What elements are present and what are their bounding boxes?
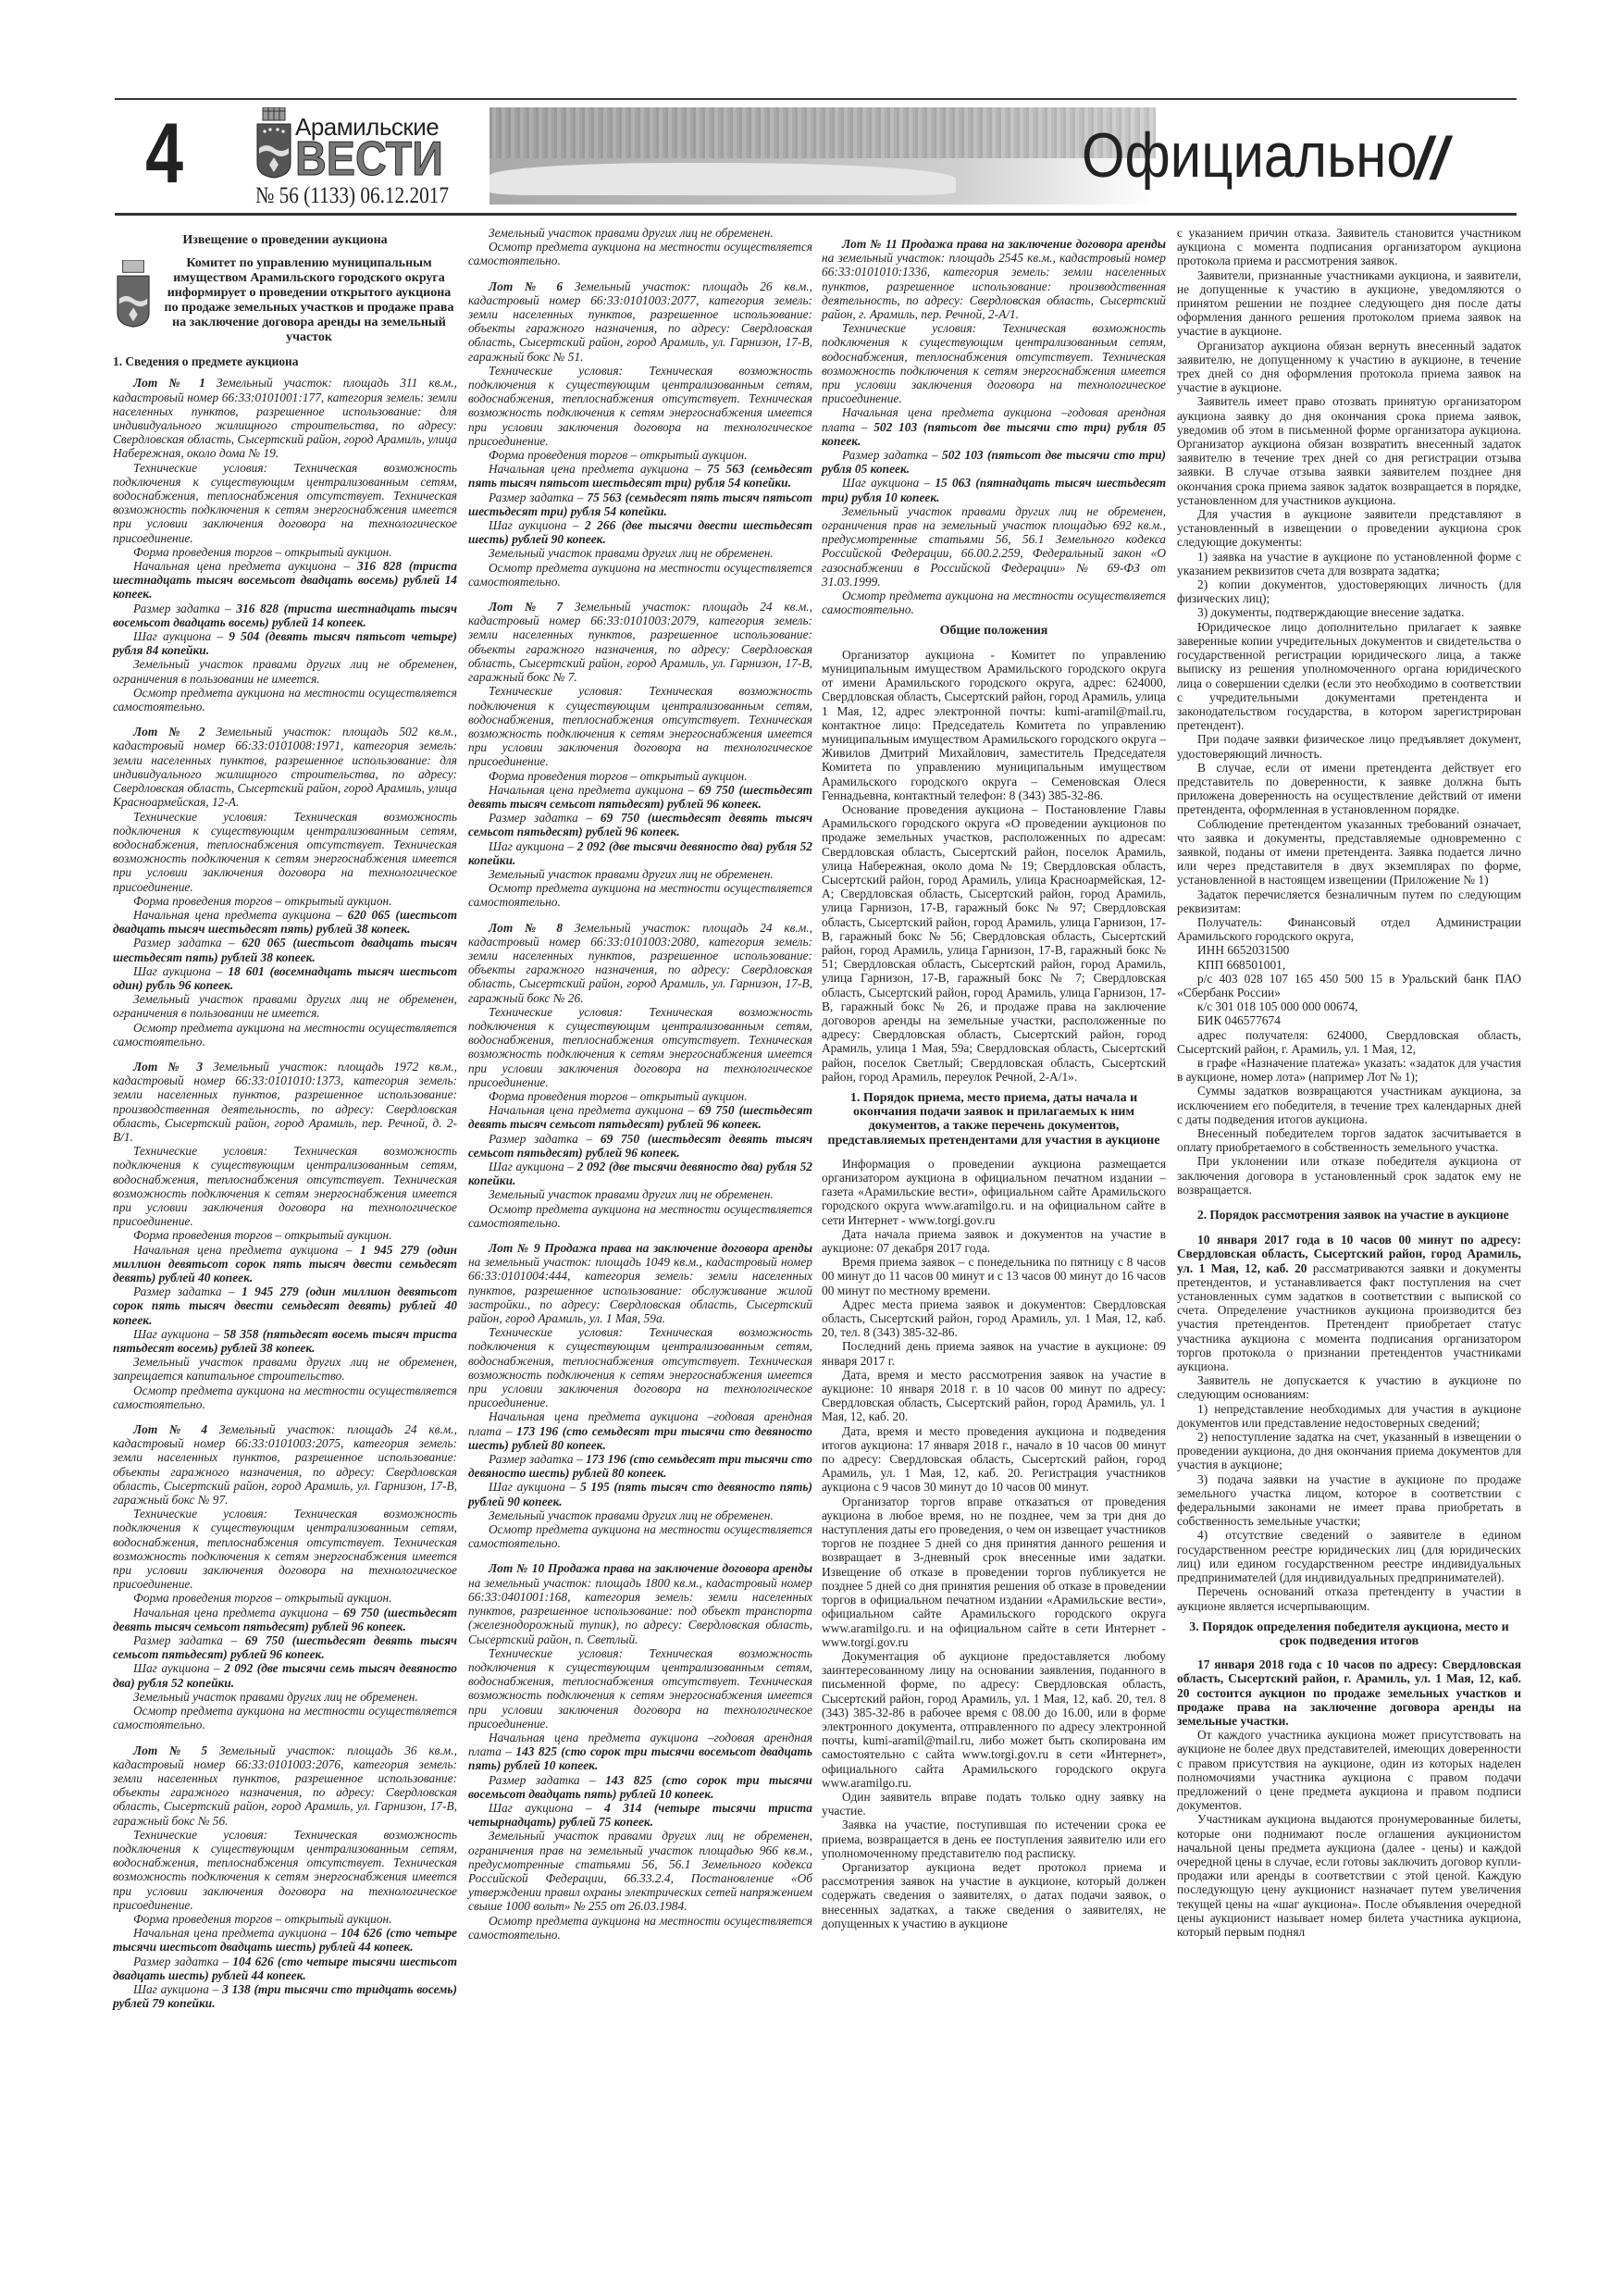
text-block: Осмотр предмета аукциона на местности ос… [113,686,457,714]
lot-6: Лот № 6 Земельный участок: площадь 26 кв… [468,279,812,589]
text-block: Технические условия: Техническая возможн… [468,1325,812,1409]
text-block: Размер задатка – [133,936,242,949]
text-block: Перечень оснований отказа претенденту в … [1177,1584,1521,1612]
text-block: В случае, если от имени претендента дейс… [1177,761,1521,817]
text-block: 1) непредставление необходимых для участ… [1177,1402,1521,1430]
text-block: Соблюдение претендентом указанных требов… [1177,817,1521,887]
general-provisions-heading: Общие положения [822,624,1166,638]
text-block: Шаг аукциона – [133,1982,222,1996]
text-block: Осмотр предмета аукциона на местности ос… [113,1384,457,1411]
text-block: Лот № 7 [489,600,563,614]
section-title: Официально [1082,118,1418,192]
text-block: Размер задатка – [842,448,942,462]
text-block: Форма проведения торгов – открытый аукци… [468,1089,812,1103]
text-block: Земельный участок правами других лиц не … [468,1829,812,1913]
text-block: Шаг аукциона – [842,476,935,490]
text-block: Заявитель имеет право отозвать принятую … [1177,394,1521,507]
text-block: Размер задатка – [133,1285,242,1298]
text-block: Задаток перечисляется безналичным путем … [1177,887,1521,915]
text-block: Технические условия: Техническая возможн… [822,321,1166,405]
lot-8: Лот № 8 Земельный участок: площадь 24 кв… [468,921,812,1230]
text-block: Технические условия: Техническая возможн… [113,1144,457,1228]
text-block: Форма проведения торгов – открытый аукци… [113,545,457,559]
text-block: Размер задатка – [133,602,236,615]
text-block: Шаг аукциона – [489,518,585,532]
text-block: Шаг аукциона – [489,1801,604,1815]
text-block: Форма проведения торгов – открытый аукци… [468,769,812,783]
text-block: Лот № 2 [133,725,205,738]
lot-9: Лот № 9 Продажа права на заключение дого… [468,1241,812,1550]
text-block: Осмотр предмета аукциона на местности ос… [468,1522,812,1550]
column-1: Извещение о проведении аукциона Комитет … [113,226,457,2010]
text-block: Размер задатка – [489,1452,586,1466]
text-block: Размер задатка – [133,1633,245,1647]
text-block: Шаг аукциона – [489,1160,577,1173]
text-block: Лот № 9 Продажа права на заключение дого… [489,1241,812,1255]
text-block: Начальная цена предмета аукциона – [133,1243,360,1257]
text-block: Земельный участок правами других лиц не … [113,657,457,685]
text-block: Шаг аукциона – [133,964,228,978]
masthead: 4 Арамильские ВЕСТИ № 56 (1133) 06.12.20… [115,98,1517,216]
text-block: Осмотр предмета аукциона на местности ос… [468,1914,812,1942]
text-block: на земельный участок: площадь 1800 кв.м.… [468,1576,812,1646]
text-block: Размер задатка – [489,490,587,504]
text-block: Дата, время и место проведения аукциона … [822,1424,1166,1495]
text-block: к/с 301 018 105 000 000 00674, [1177,999,1521,1013]
text-block: Организатор аукциона обязан вернуть внес… [1177,339,1521,395]
text-block: Начальная цена предмета аукциона – [133,1606,343,1620]
text-block: 3) подача заявки на участие в аукционе п… [1177,1472,1521,1529]
text-block: Лот № 3 [133,1060,203,1074]
text-block: Форма проведения торгов – открытый аукци… [113,1912,457,1926]
text-block: 4) отсутствие сведений о заявителе в еди… [1177,1528,1521,1584]
text-block: Технические условия: Техническая возможн… [113,1828,457,1912]
text-block: Технические условия: Техническая возможн… [468,1646,812,1731]
text-block: Форма проведения торгов – открытый аукци… [113,1228,457,1242]
text-block: Лот № 5 [133,1744,207,1757]
text-block: Осмотр предмета аукциона на местности ос… [468,240,812,267]
text-block: Форма проведения торгов – открытый аукци… [468,448,812,462]
text-block: Информация о проведении аукциона размеща… [822,1157,1166,1227]
lot-1: Лот № 1 Земельный участок: площадь 311 к… [113,376,457,714]
text-block: Для участия в аукционе заявители предста… [1177,507,1521,550]
lot-3: Лот № 3 Земельный участок: площадь 1972 … [113,1060,457,1411]
text-block: Размер задатка – [489,1773,605,1787]
text-block: Начальная цена предмета аукциона – [489,783,699,797]
text-block: Осмотр предмета аукциона на местности ос… [468,881,812,909]
text-block: Земельный участок правами других лиц не … [113,1690,457,1704]
text-block: р/с 403 028 107 165 450 500 15 в Уральск… [1177,972,1521,999]
text-block: 502 103 (пятьсот две тысячи сто три) руб… [822,420,1166,448]
text-block: Шаг аукциона – [133,1327,224,1341]
text-block: Организатор торгов вправе отказаться от … [822,1495,1166,1649]
text-block: 173 196 (сто семьдесят три тысячи сто де… [468,1424,812,1452]
text-block: Осмотр предмета аукциона на местности ос… [113,1704,457,1731]
text-block: Лот № 4 [133,1422,207,1436]
text-block: Шаг аукциона – [133,1661,224,1675]
text-block: Технические условия: Техническая возможн… [113,810,457,894]
text-block: Осмотр предмета аукциона на местности ос… [468,1202,812,1230]
text-block: Земельный участок правами других лиц не … [113,992,457,1020]
section-3-heading: 3. Порядок определения победителя аукцио… [1177,1620,1521,1648]
text-block: Размер задатка – [133,1955,232,1968]
text-block: Начальная цена предмета аукциона – [489,462,707,476]
text-block: Лот № 11 Продажа права на заключение дог… [842,237,1166,251]
text-block: Лот № 8 [489,921,563,935]
text-block: Организатор аукциона ведет протокол прие… [822,1860,1166,1930]
section-2-heading: 2. Порядок рассмотрения заявок на участи… [1177,1208,1521,1222]
text-block: Адрес места приема заявок и документов: … [822,1297,1166,1340]
column-4: с указанием причин отказа. Заявитель ста… [1177,226,1521,1939]
text-block: Получатель: Финансовый отдел Администрац… [1177,915,1521,943]
text-block: Участникам аукциона выдаются пронумерова… [1177,1812,1521,1939]
text-block: Форма проведения торгов – открытый аукци… [113,894,457,908]
text-block: Земельный участок правами других лиц не … [468,1508,812,1522]
text-block: Юридическое лицо дополнительно прилагает… [1177,620,1521,733]
text-block: на земельный участок: площадь 1049 кв.м.… [468,1255,812,1325]
text-block: Технические условия: Техническая возможн… [113,1507,457,1591]
organizer-paragraph: Организатор аукциона - Комитет по управл… [822,648,1166,802]
text-block: Суммы задатков возвращаются участникам а… [1177,1084,1521,1126]
text-block: Заявители, признанные участниками аукцио… [1177,268,1521,339]
text-block: 143 825 (сто сорок три тысячи восемьсот … [468,1744,812,1772]
text-block: БИК 046577674 [1177,1013,1521,1027]
text-block: Лот № 10 Продажа права на заключение дог… [489,1561,812,1575]
text-block: 2) непоступление задатка на счет, указан… [1177,1430,1521,1472]
lot-7: Лот № 7 Земельный участок: площадь 24 кв… [468,600,812,909]
column-3: Лот № 11 Продажа права на заключение дог… [822,226,1166,1930]
city-coat-of-arms-icon [255,107,292,180]
newspaper-name-main: ВЕСТИ [295,133,443,185]
text-block: Дата, время и место рассмотрения заявок … [822,1368,1166,1424]
text-block: Последний день приема заявок на участие … [822,1339,1166,1367]
issue-number-date: № 56 (1133) 06.12.2017 [255,183,449,209]
text-block: Земельный участок правами других лиц не … [113,1355,457,1383]
text-block: От каждого участника аукциона может прис… [1177,1728,1521,1812]
text-block: Земельный участок правами других лиц не … [468,546,812,560]
text-block: 2) копии документов, удостоверяющих личн… [1177,577,1521,605]
committee-announcement: Комитет по управлению муниципальным имущ… [161,256,457,345]
text-block: Шаг аукциона – [489,839,577,853]
text-block: в графе «Назначение платежа» указать: «з… [1177,1056,1521,1084]
text-block: Осмотр предмета аукциона на местности ос… [113,1021,457,1049]
text-block: 1) заявка на участие в аукционе по устан… [1177,550,1521,577]
lot-5: Лот № 5 Земельный участок: площадь 36 кв… [113,1744,457,2011]
text-block: Начальная цена предмета аукциона – [133,1926,341,1940]
text-block: Осмотр предмета аукциона на местности ос… [468,561,812,589]
text-block: Лот № 1 [133,376,205,390]
text-block: Внесенный победителем торгов задаток зас… [1177,1126,1521,1154]
text-block: Технические условия: Техническая возможн… [468,364,812,448]
text-block: Начальная цена предмета аукциона – [489,1103,699,1117]
text-block: Технические условия: Техническая возможн… [468,1005,812,1089]
lot-4: Лот № 4 Земельный участок: площадь 24 кв… [113,1422,457,1731]
column-2: Земельный участок правами других лиц не … [468,226,812,1942]
text-block: Технические условия: Техническая возможн… [468,684,812,768]
text-block: Время приема заявок – с понедельника по … [822,1255,1166,1297]
text-block: Осмотр предмета аукциона на местности ос… [822,589,1166,616]
text-block: Заявитель не допускается к участию в аук… [1177,1373,1521,1401]
lot-10: Лот № 10 Продажа права на заключение дог… [468,1561,812,1941]
text-block: Документация об аукционе предоставляется… [822,1649,1166,1790]
text-block: с указанием причин отказа. Заявитель ста… [1177,226,1521,268]
text-block: 17 января 2018 года с 10 часов по адресу… [1177,1657,1521,1728]
text-block: Размер задатка – [489,811,601,825]
text-block: рассматриваются заявки и документы прете… [1177,1261,1521,1373]
basis-paragraph: Основание проведения аукциона – Постанов… [822,802,1166,1084]
text-block: При уклонении или отказе победителя аукц… [1177,1154,1521,1197]
text-block: КПП 668501001, [1177,958,1521,972]
text-block: адрес получателя: 624000, Свердловская о… [1177,1028,1521,1056]
text-block: Земельный участок правами других лиц не … [468,867,812,881]
section-1-heading: 1. Сведения о предмете аукциона [113,354,457,368]
lot-2: Лот № 2 Земельный участок: площадь 502 к… [113,725,457,1049]
text-block: на земельный участок: площадь 2545 кв.м.… [822,251,1166,321]
text-block: Технические условия: Техническая возможн… [113,461,457,545]
page-number: 4 [145,107,183,200]
city-panorama-image [489,107,1156,205]
text-block: Земельный участок правами других лиц не … [468,226,812,240]
procedure-heading: 1. Порядок приема, место приема, даты на… [822,1091,1166,1148]
text-block: ИНН 6652031500 [1177,943,1521,957]
text-block: Дата начала приема заявок и документов н… [822,1227,1166,1255]
text-block: Шаг аукциона – [489,1480,580,1494]
text-block: Лот № 6 [489,279,563,293]
text-block: Заявка на участие, поступившая по истече… [822,1818,1166,1860]
text-block: Размер задатка – [489,1132,601,1146]
text-block: Земельный участок правами других лиц не … [822,504,1166,589]
text-block: Земельный участок правами других лиц не … [468,1187,812,1201]
text-block: Шаг аукциона – [133,629,229,643]
text-block: Начальная цена предмета аукциона – [133,908,348,922]
section-slashes-icon: // [1415,124,1448,192]
text-block: Начальная цена предмета аукциона – [133,559,357,573]
text-block: При подаче заявки физическое лицо предъя… [1177,732,1521,760]
text-block: 3) документы, подтверждающие внесение за… [1177,605,1521,619]
lot-11: Лот № 11 Продажа права на заключение дог… [822,226,1166,616]
text-block: Форма проведения торгов – открытый аукци… [113,1591,457,1605]
coat-of-arms-icon [113,260,154,329]
text-block: Один заявитель вправе подать только одну… [822,1790,1166,1818]
notice-title: Извещение о проведении аукциона [113,233,457,247]
